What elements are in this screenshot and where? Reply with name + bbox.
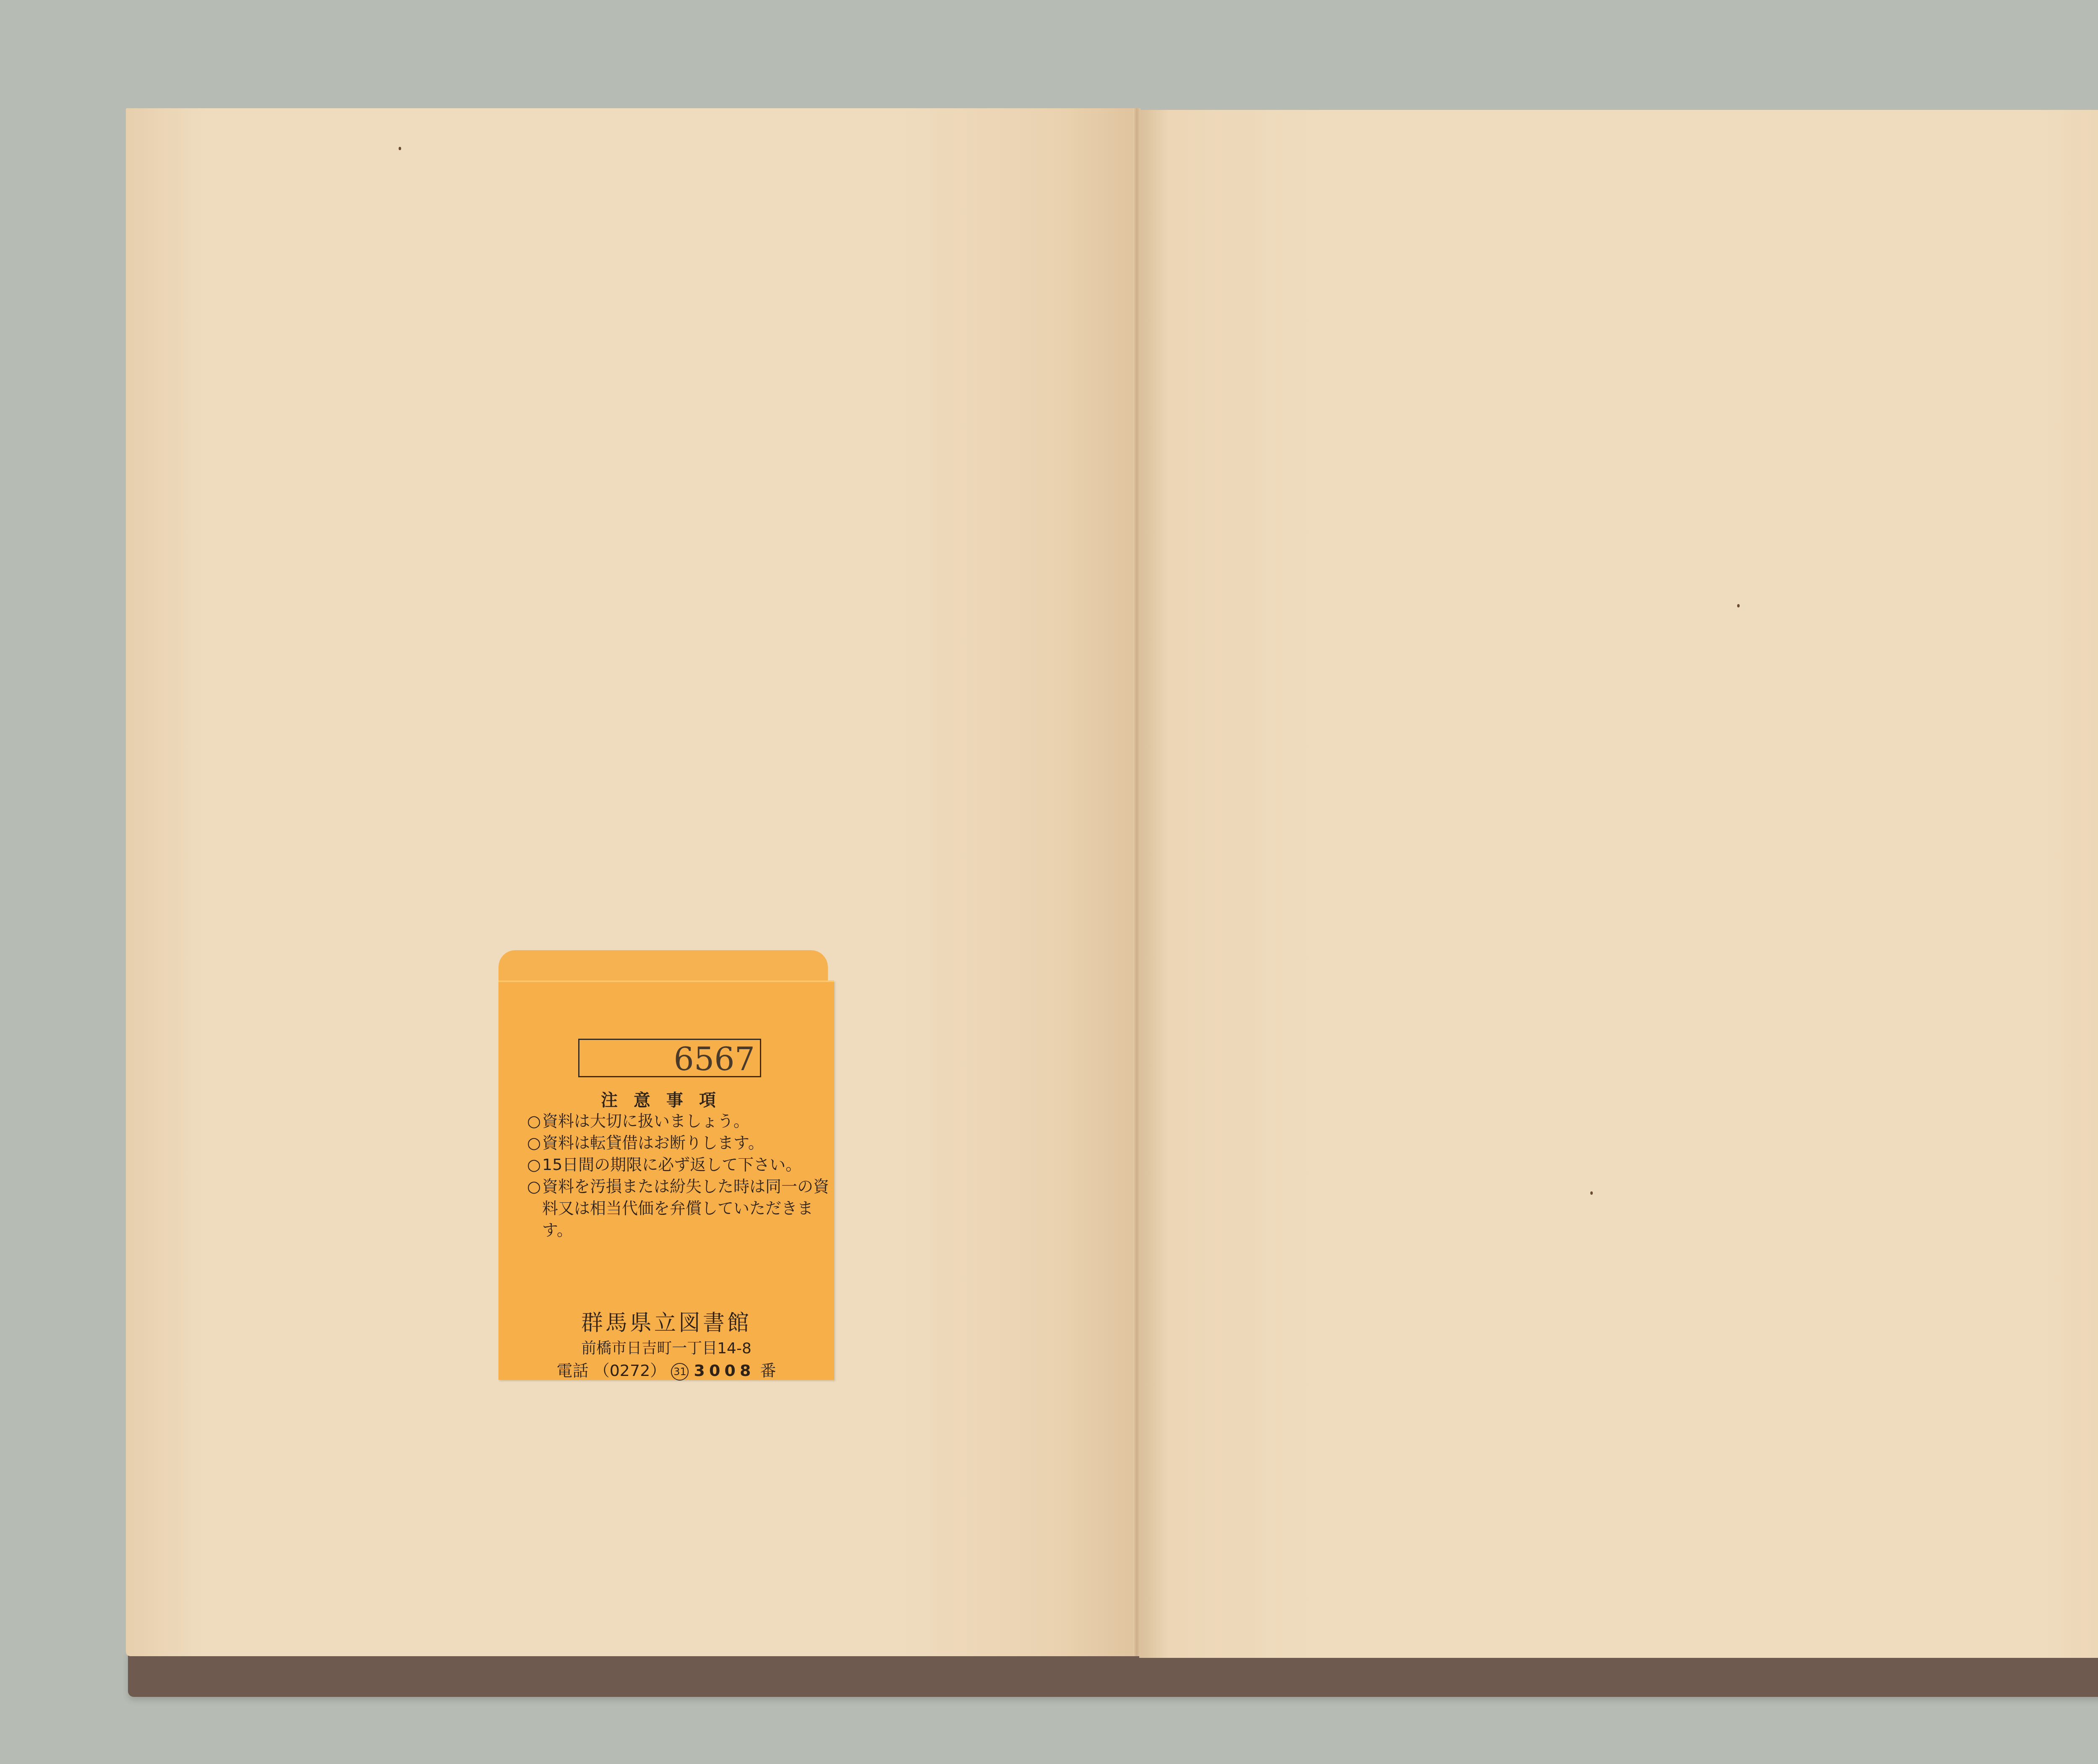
call-number-box: 6567: [578, 1039, 761, 1077]
library-address: 前橋市日吉町一丁目14-8: [498, 1337, 834, 1358]
phone-exchange-circled: 31: [671, 1363, 689, 1381]
notice-item: ○ 資料を汚損または紛失した時は同一の資料又は相当代価を弁償していただきます。: [527, 1175, 829, 1241]
library-card-pocket: 6567 注意事項 ○ 資料は大切に扱いましょう。 ○ 資料は転貸借はお断りしま…: [498, 950, 834, 1378]
phone-number: 3008: [694, 1361, 755, 1380]
book-spine: [1133, 108, 1140, 1656]
bullet-circle-icon: ○: [527, 1175, 542, 1241]
notice-text: 資料を汚損または紛失した時は同一の資料又は相当代価を弁償していただきます。: [542, 1175, 829, 1241]
paper-speck: [1590, 1191, 1593, 1195]
bullet-circle-icon: ○: [527, 1154, 542, 1175]
library-name: 群馬県立図書館: [498, 1305, 834, 1337]
pocket-body: 6567 注意事項 ○ 資料は大切に扱いましょう。 ○ 資料は転貸借はお断りしま…: [498, 980, 834, 1380]
bullet-circle-icon: ○: [527, 1132, 542, 1154]
notice-list: ○ 資料は大切に扱いましょう。 ○ 資料は転貸借はお断りします。 ○ 15日間の…: [527, 1110, 829, 1241]
phone-label: 電話: [557, 1361, 589, 1380]
notice-item: ○ 資料は転貸借はお断りします。: [527, 1132, 829, 1154]
left-page: [126, 108, 1139, 1656]
notice-text: 資料は大切に扱いましょう。: [542, 1110, 749, 1132]
right-page: [1139, 110, 2098, 1658]
notice-text: 資料は転貸借はお断りします。: [542, 1132, 764, 1154]
library-phone: 電話 （0272） 31 3008 番: [498, 1358, 834, 1381]
bullet-circle-icon: ○: [527, 1110, 542, 1132]
phone-area-code: （0272）: [594, 1361, 666, 1380]
notice-item: ○ 資料は大切に扱いましょう。: [527, 1110, 829, 1132]
paper-speck: [1737, 604, 1740, 607]
notice-item: ○ 15日間の期限に必ず返して下さい。: [527, 1154, 829, 1175]
paper-speck: [399, 147, 401, 150]
notice-text: 15日間の期限に必ず返して下さい。: [542, 1154, 801, 1175]
notice-title: 注意事項: [498, 1087, 834, 1111]
phone-suffix: 番: [760, 1361, 776, 1380]
